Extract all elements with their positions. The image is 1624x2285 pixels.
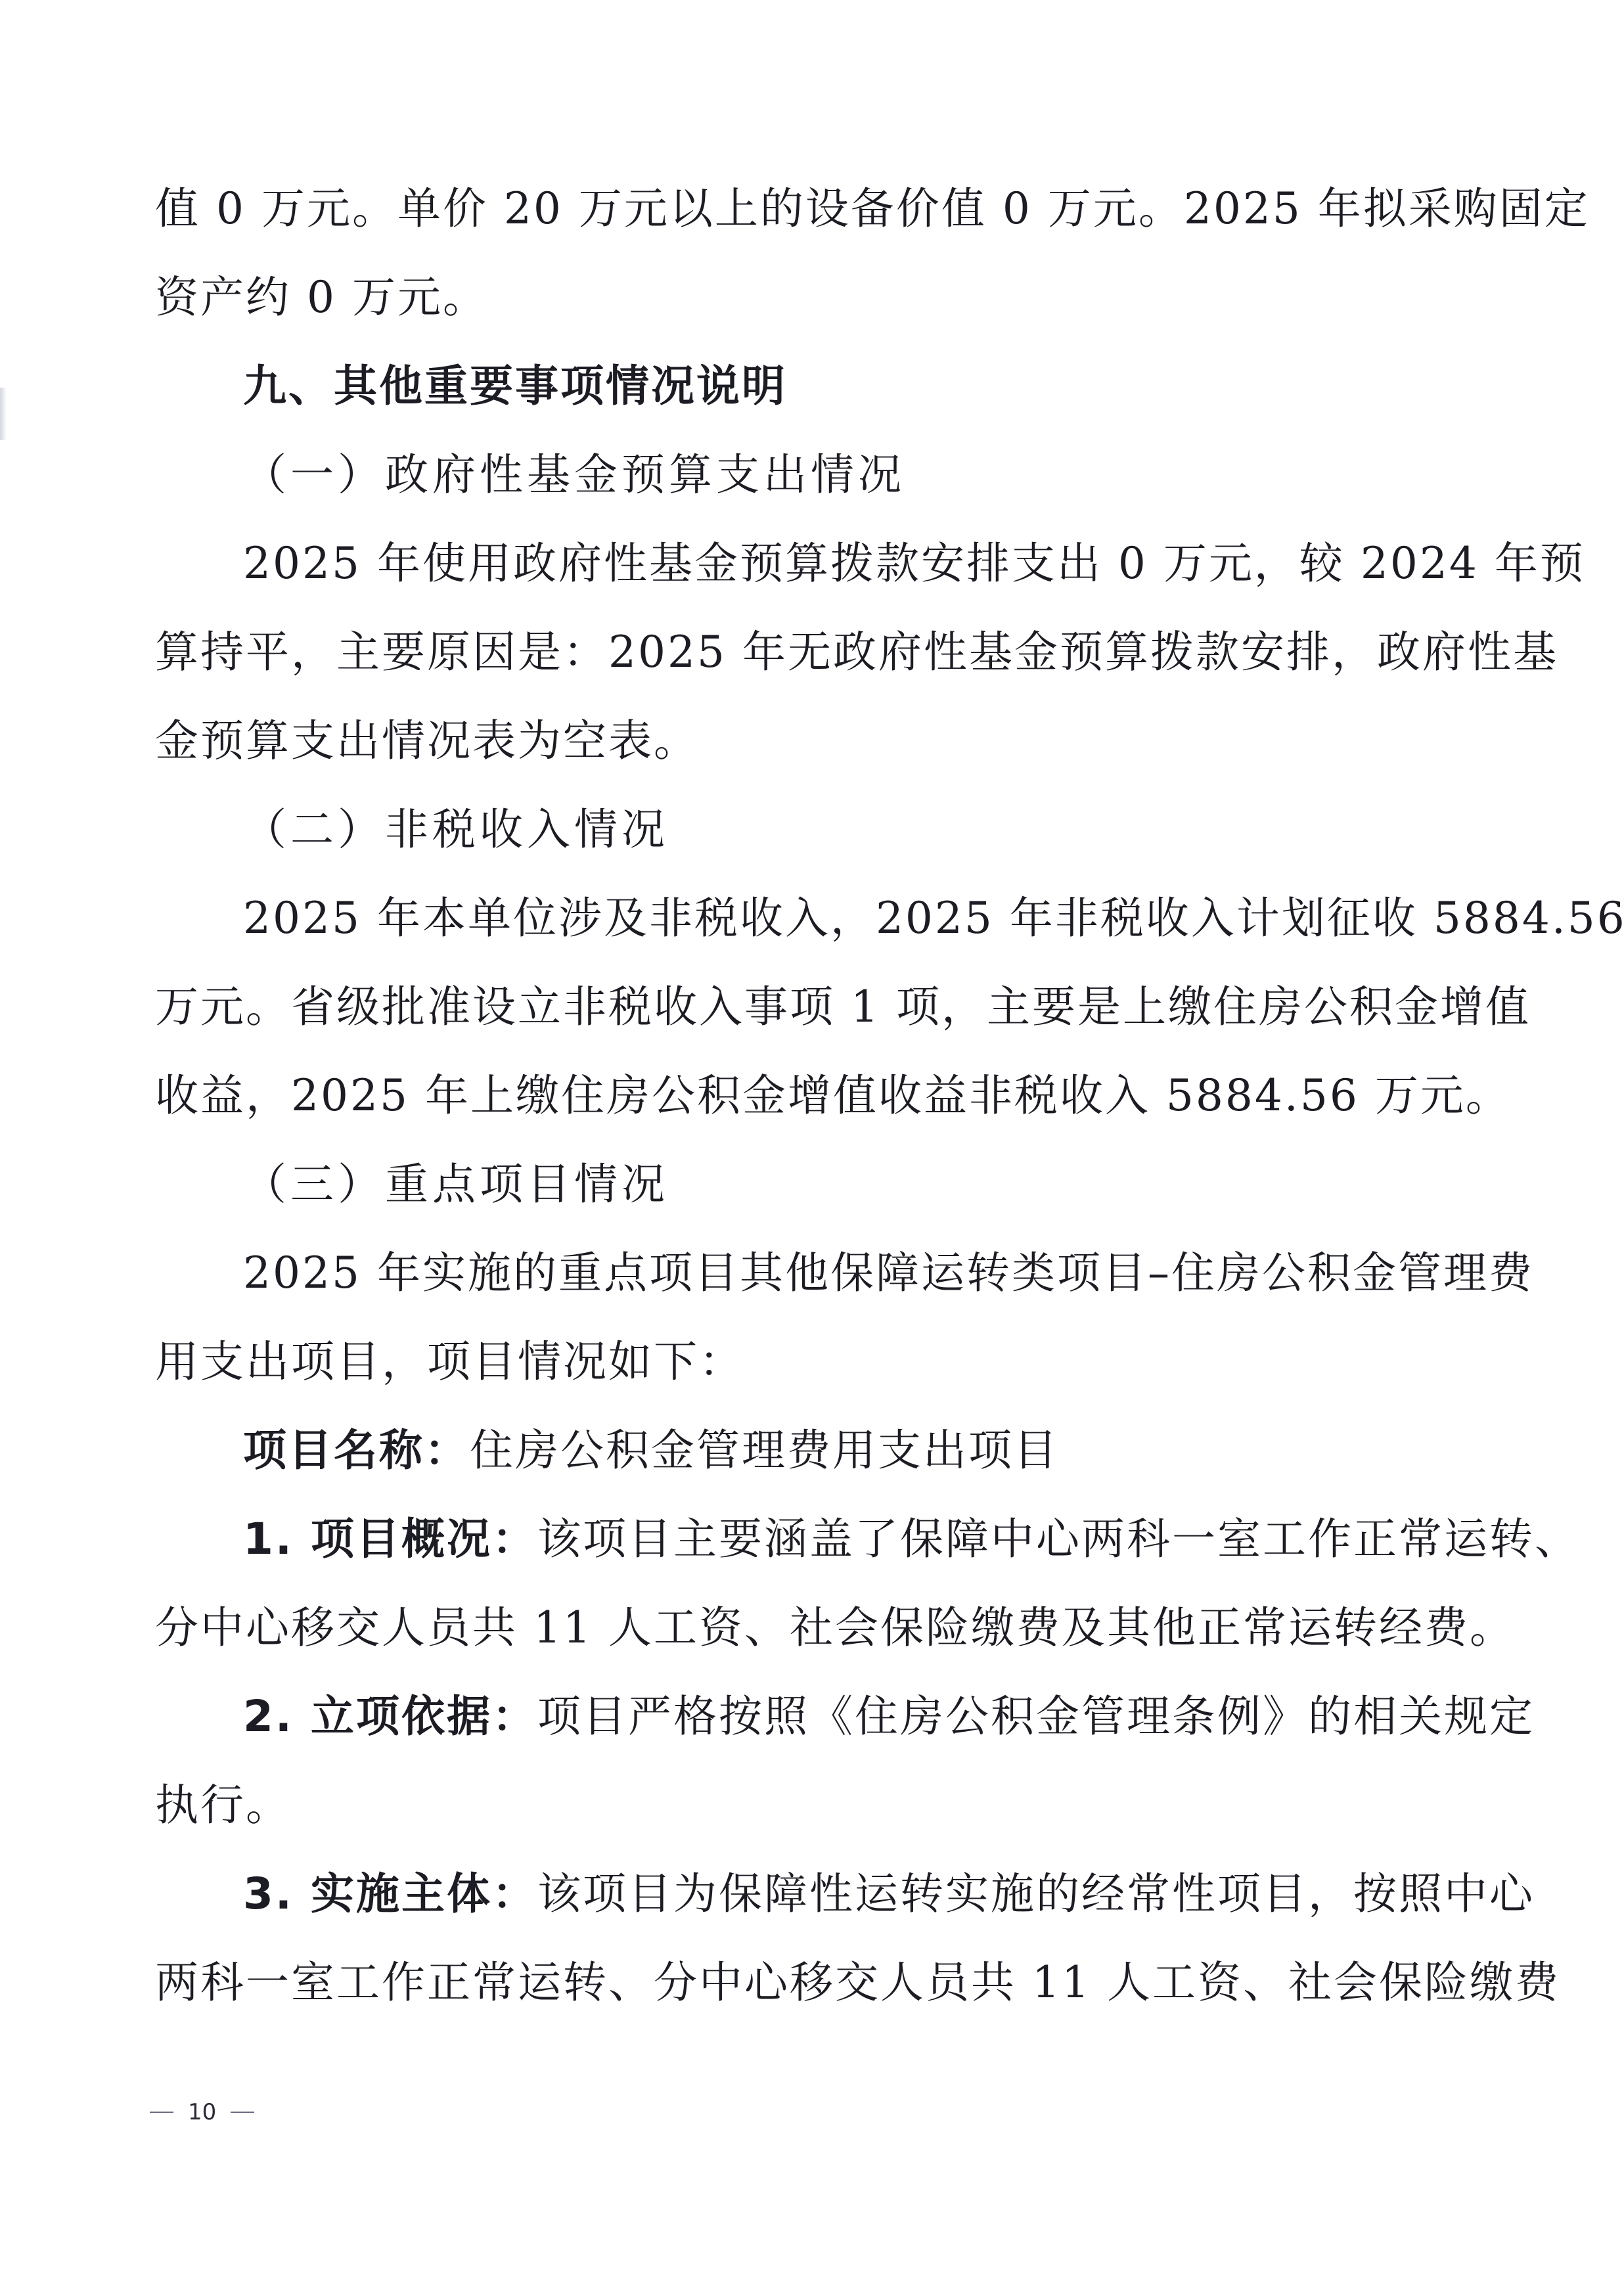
item-2-line: 2. 立项依据：项目严格按照《住房公积金管理条例》的相关规定 [155, 1672, 1482, 1761]
item-1-label: 1. 项目概况： [243, 1514, 537, 1564]
paragraph-line: 万元。省级批准设立非税收入事项 1 项，主要是上缴住房公积金增值 [155, 962, 1482, 1051]
item-1-line: 1. 项目概况：该项目主要涵盖了保障中心两科一室工作正常运转、 [155, 1495, 1482, 1583]
subsection-heading: （二）非税收入情况 [155, 785, 1482, 874]
footer-dash-left [150, 2112, 173, 2113]
paragraph-line: 值 0 万元。单价 20 万元以上的设备价值 0 万元。2025 年拟采购固定 [155, 164, 1482, 253]
paragraph-line: 金预算支出情况表为空表。 [155, 696, 1482, 785]
item-1-text: 该项目主要涵盖了保障中心两科一室工作正常运转、 [537, 1514, 1580, 1564]
subsection-heading: （三）重点项目情况 [155, 1140, 1482, 1229]
subsection-heading: （一）政府性基金预算支出情况 [155, 430, 1482, 519]
paragraph-line: 资产约 0 万元。 [155, 253, 1482, 342]
document-page: 值 0 万元。单价 20 万元以上的设备价值 0 万元。2025 年拟采购固定 … [0, 0, 1624, 2285]
item-2-text: 项目严格按照《住房公积金管理条例》的相关规定 [537, 1691, 1535, 1742]
paragraph-line: 算持平，主要原因是：2025 年无政府性基金预算拨款安排，政府性基 [155, 608, 1482, 696]
paragraph-line: 两科一室工作正常运转、分中心移交人员共 11 人工资、社会保险缴费 [155, 1938, 1482, 2027]
page-number: 10 [188, 2099, 216, 2125]
item-3-line: 3. 实施主体：该项目为保障性运转实施的经常性项目，按照中心 [155, 1849, 1482, 1938]
section-heading: 九、其他重要事项情况说明 [155, 342, 1482, 430]
paragraph-line: 执行。 [155, 1761, 1482, 1849]
item-3-label: 3. 实施主体： [243, 1868, 537, 1919]
paragraph-line: 收益，2025 年上缴住房公积金增值收益非税收入 5884.56 万元。 [155, 1051, 1482, 1140]
project-name-value: 住房公积金管理费用支出项目 [470, 1425, 1059, 1476]
item-3-text: 该项目为保障性运转实施的经常性项目，按照中心 [537, 1868, 1535, 1919]
document-body: 值 0 万元。单价 20 万元以上的设备价值 0 万元。2025 年拟采购固定 … [155, 164, 1482, 2027]
item-2-label: 2. 立项依据： [243, 1691, 537, 1742]
paragraph-line: 2025 年使用政府性基金预算拨款安排支出 0 万元，较 2024 年预 [155, 519, 1482, 608]
page-footer: 10 [150, 2099, 254, 2125]
project-name-label: 项目名称： [243, 1425, 470, 1476]
paragraph-line: 2025 年本单位涉及非税收入，2025 年非税收入计划征收 5884.56 [155, 874, 1482, 962]
project-name-line: 项目名称：住房公积金管理费用支出项目 [155, 1406, 1482, 1495]
paragraph-line: 分中心移交人员共 11 人工资、社会保险缴费及其他正常运转经费。 [155, 1583, 1482, 1672]
scan-edge-mark [0, 388, 7, 440]
paragraph-line: 用支出项目，项目情况如下： [155, 1317, 1482, 1406]
footer-dash-right [231, 2112, 254, 2113]
paragraph-line: 2025 年实施的重点项目其他保障运转类项目–住房公积金管理费 [155, 1229, 1482, 1317]
